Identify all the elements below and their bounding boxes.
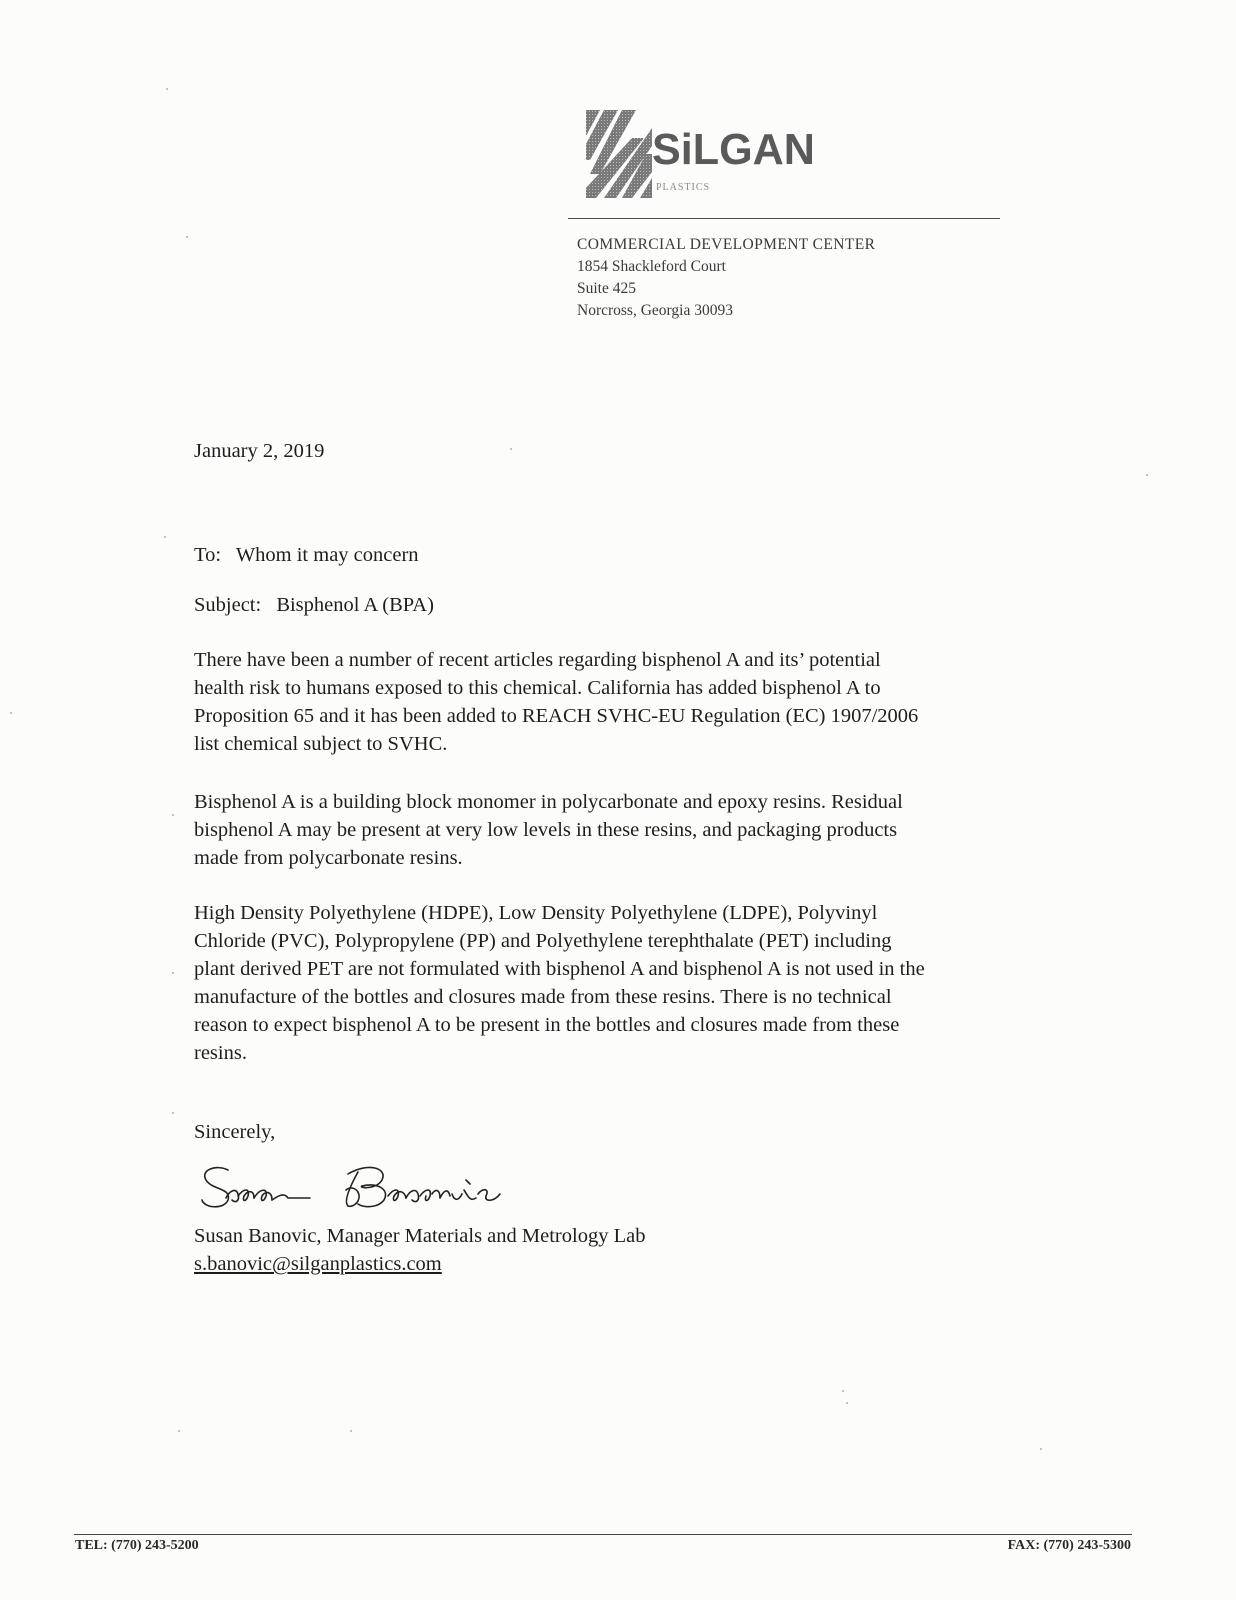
scan-speck — [842, 1390, 844, 1392]
address-line-1: 1854 Shackleford Court — [577, 256, 875, 278]
paragraph-1: There have been a number of recent artic… — [194, 646, 1054, 758]
paragraph-line: manufacture of the bottles and closures … — [194, 983, 1054, 1011]
paragraph-2: Bisphenol A is a building block monomer … — [194, 788, 1054, 872]
subject-label: Subject: — [194, 594, 261, 616]
scan-speck — [178, 1430, 180, 1432]
paragraph-line: resins. — [194, 1039, 1054, 1067]
company-logo: SiLGAN PLASTICS — [586, 108, 846, 204]
scan-speck — [186, 236, 188, 238]
footer-fax: FAX: (770) 243-5300 — [1008, 1538, 1131, 1554]
scan-speck — [350, 1430, 352, 1432]
address-line-2: Suite 425 — [577, 278, 875, 300]
paragraph-line: bisphenol A may be present at very low l… — [194, 816, 1054, 844]
scan-speck — [10, 712, 12, 714]
paragraph-line: reason to expect bisphenol A to be prese… — [194, 1011, 1054, 1039]
paragraph-line: There have been a number of recent artic… — [194, 646, 1054, 674]
paragraph-line: Bisphenol A is a building block monomer … — [194, 788, 1054, 816]
scan-speck — [164, 536, 166, 538]
scan-speck — [510, 448, 512, 450]
company-subtitle: PLASTICS — [656, 182, 710, 193]
to-label: To: — [194, 544, 221, 566]
paragraph-3: High Density Polyethylene (HDPE), Low De… — [194, 899, 1054, 1067]
paragraph-line: plant derived PET are not formulated wit… — [194, 955, 1054, 983]
closing: Sincerely, — [194, 1118, 1054, 1146]
letter-page: SiLGAN PLASTICS COMMERCIAL DEVELOPMENT C… — [0, 0, 1236, 1600]
signer-name-title: Susan Banovic, Manager Materials and Met… — [194, 1222, 1054, 1250]
address-line-3: Norcross, Georgia 30093 — [577, 300, 875, 322]
scan-speck — [172, 972, 174, 974]
subject-value: Bisphenol A (BPA) — [276, 594, 434, 616]
letter-date: January 2, 2019 — [194, 437, 1054, 465]
center-name: COMMERCIAL DEVELOPMENT CENTER — [577, 234, 875, 256]
paragraph-line: health risk to humans exposed to this ch… — [194, 674, 1054, 702]
to-value: Whom it may concern — [236, 544, 419, 566]
signer-email-link[interactable]: s.banovic@silganplastics.com — [194, 1250, 1054, 1278]
paragraph-line: Chloride (PVC), Polypropylene (PP) and P… — [194, 927, 1054, 955]
handwritten-signature: Susan Banovic — [198, 1160, 578, 1220]
company-name: SiLGAN — [652, 128, 815, 172]
subject-line: Subject: Bisphenol A (BPA) — [194, 591, 1054, 619]
header-divider — [568, 218, 1000, 219]
paragraph-line: made from polycarbonate resins. — [194, 844, 1054, 872]
scan-speck — [166, 88, 168, 90]
scan-speck — [846, 1402, 848, 1404]
footer-telephone: TEL: (770) 243-5200 — [75, 1538, 199, 1554]
paragraph-line: Proposition 65 and it has been added to … — [194, 702, 1054, 730]
scan-speck — [1146, 474, 1148, 476]
scan-speck — [172, 814, 174, 816]
paragraph-line: list chemical subject to SVHC. — [194, 730, 1054, 758]
scan-speck — [172, 1112, 174, 1114]
scan-speck — [1040, 1448, 1042, 1450]
paragraph-line: High Density Polyethylene (HDPE), Low De… — [194, 899, 1054, 927]
recipient-line: To: Whom it may concern — [194, 541, 1054, 569]
footer-divider — [74, 1534, 1132, 1535]
silgan-stripes-logo-icon — [586, 108, 652, 200]
letterhead-address: COMMERCIAL DEVELOPMENT CENTER 1854 Shack… — [577, 234, 875, 322]
